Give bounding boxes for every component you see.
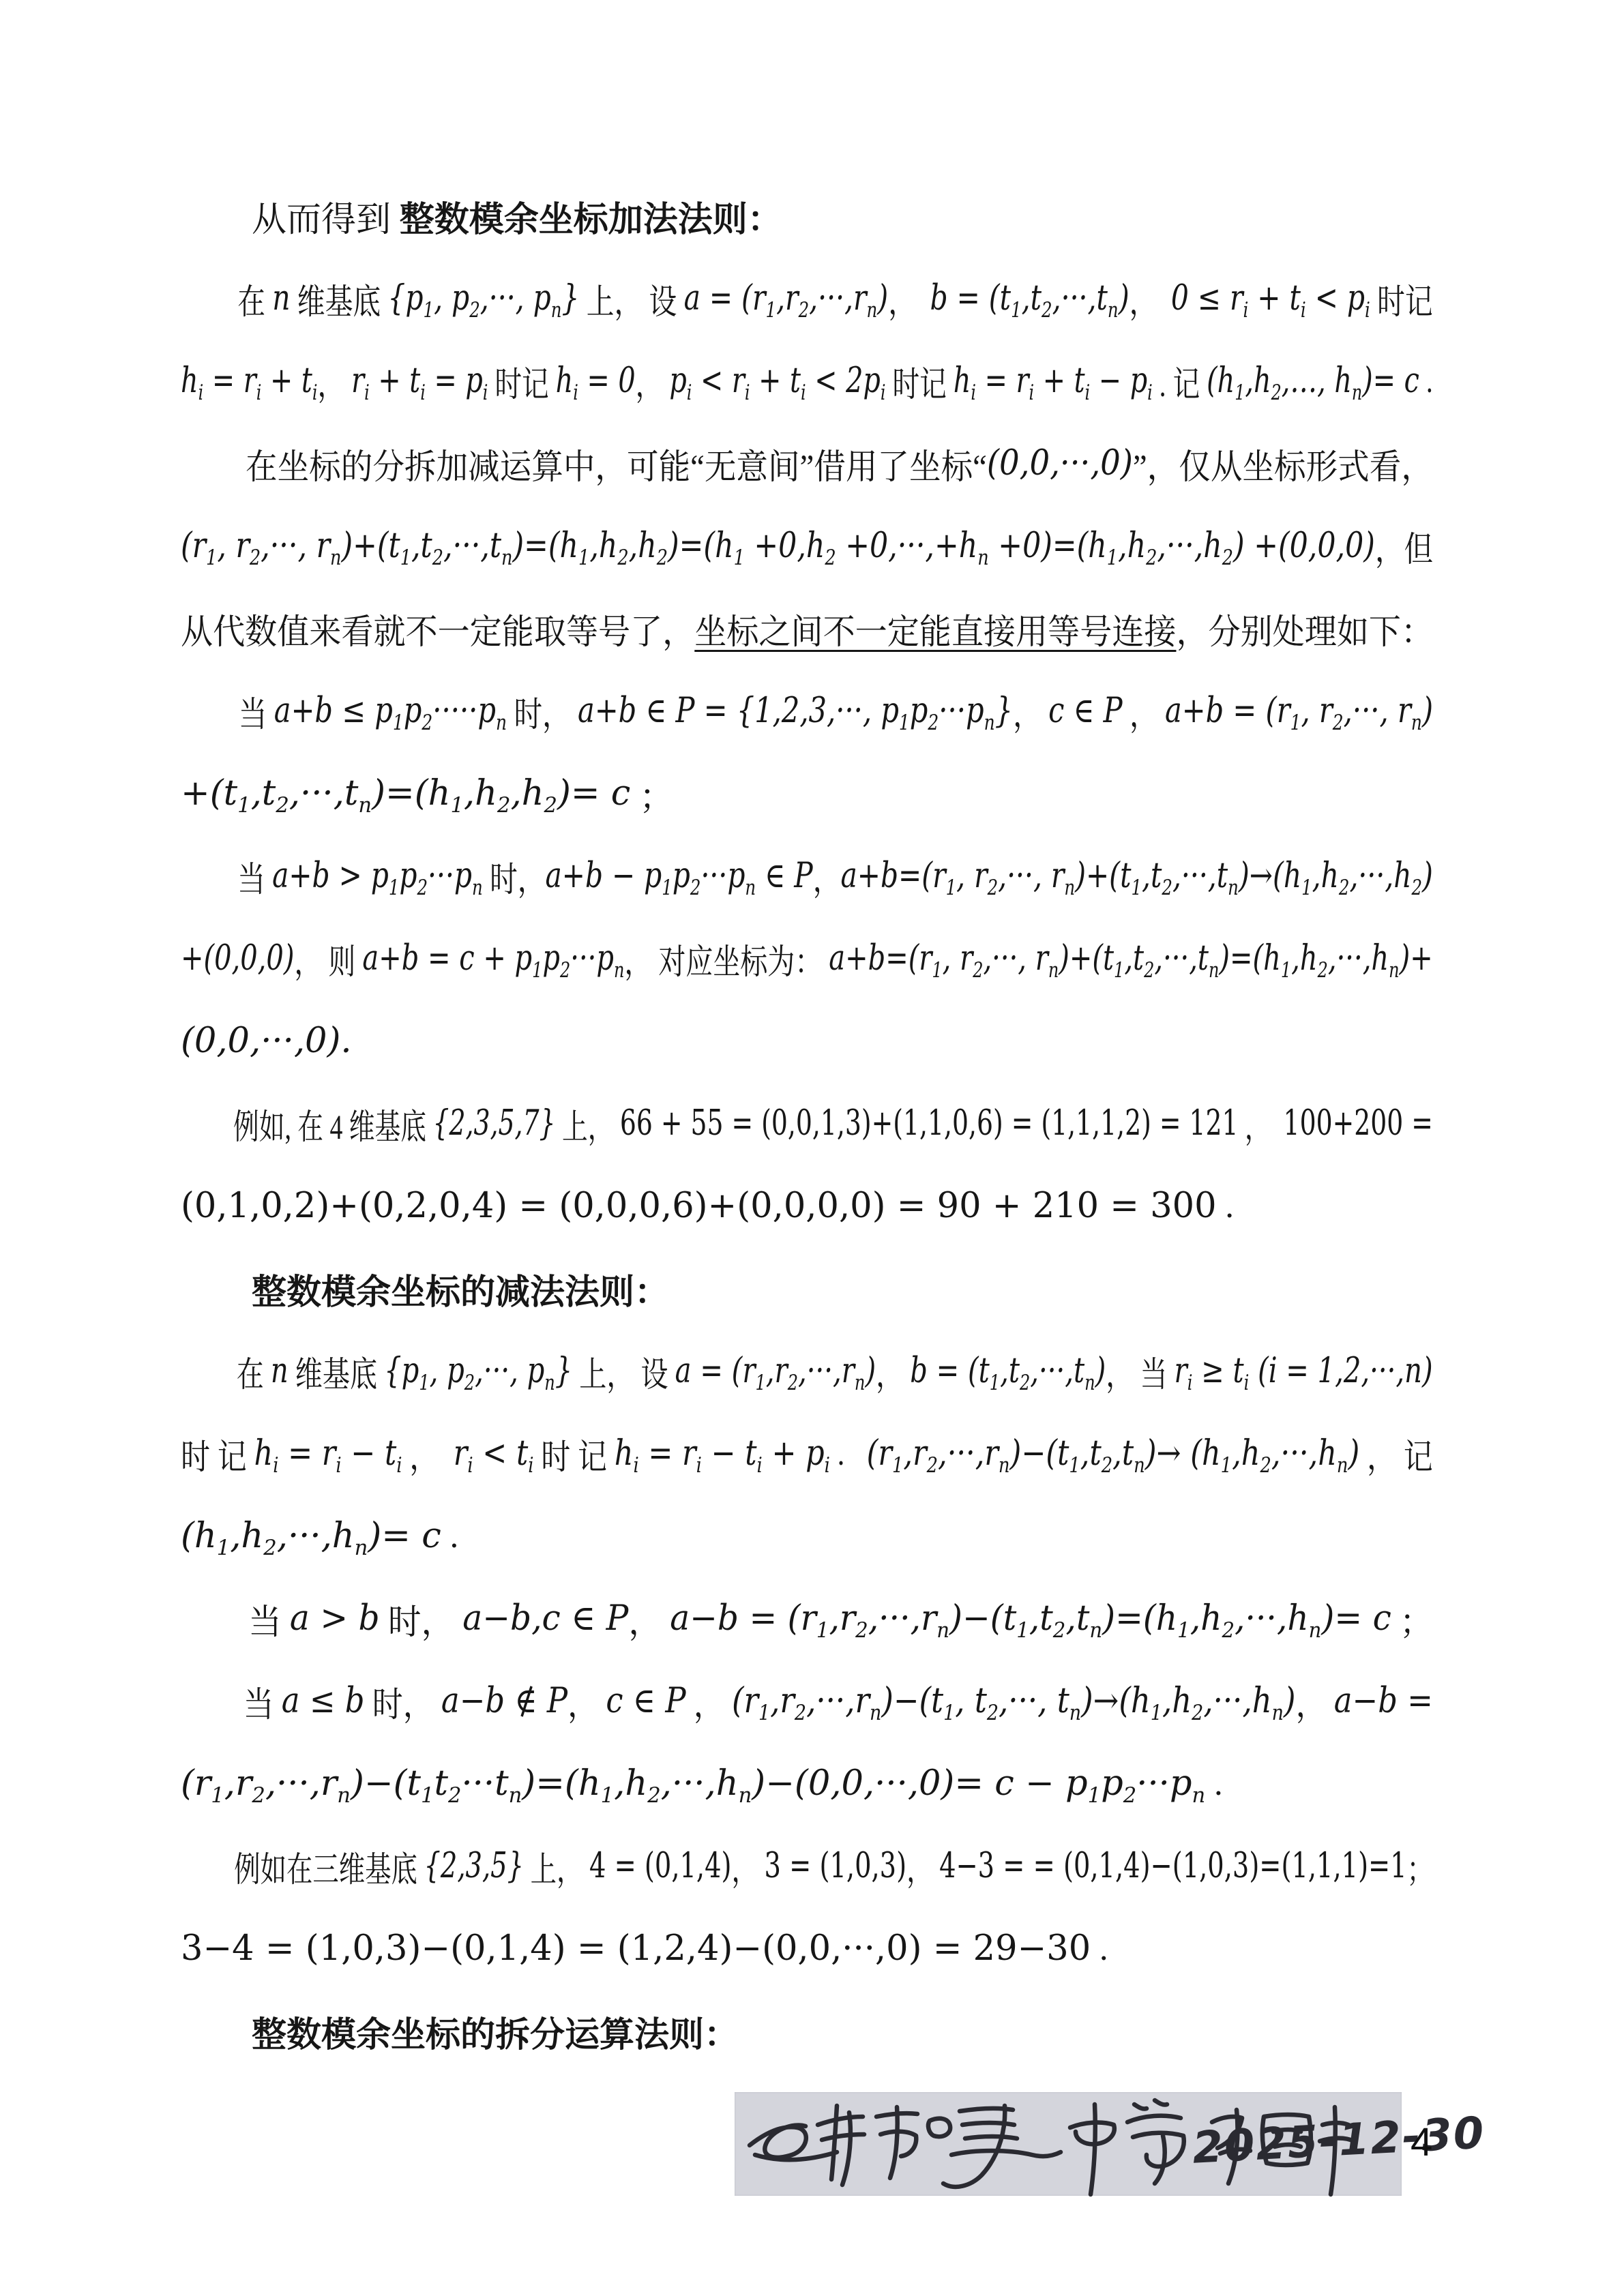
formula-text: hi = ri + ti − pi — [954, 361, 1153, 401]
formula-text: a ≤ b — [282, 1681, 365, 1721]
text-line: (r1,r2,···,rn)−(t1t2···tn)=(h1,h2,···,hn… — [181, 1742, 1433, 1825]
body-text: . — [1419, 361, 1433, 401]
formula-text: 0 ≤ ri + ti < pi — [1171, 278, 1370, 318]
body-text: ， 对应坐标为： — [624, 934, 829, 984]
text-line: (0,1,0,2)+(0,2,0,4) = (0,0,0,6)+(0,0,0,0… — [181, 1165, 1433, 1247]
body-text: ， — [906, 1841, 939, 1892]
body-text: ， — [317, 356, 351, 406]
signature-scribble-icon: 2025-12-30 — [735, 2092, 1402, 2196]
body-text: ， 当 — [1106, 1346, 1174, 1397]
text-line: 在 n 维基底 {p1, p2,···, pn} 上， 设 a = (r1,r2… — [181, 1330, 1166, 1412]
formula-text: a = (r1,r2,···,rn) — [675, 1351, 876, 1391]
body-text: 在 — [237, 1346, 271, 1397]
body-text: . — [1205, 1764, 1223, 1804]
formula-text: ri ≥ ti (i = 1,2,···,n) — [1175, 1351, 1433, 1391]
formula-text: a = (r1,r2,···,rn) — [684, 278, 889, 318]
body-text: 上， 设 — [580, 273, 684, 324]
body-text: 当 — [243, 1676, 282, 1727]
formula-text: {2,3,5} — [424, 1846, 524, 1886]
text-line: 例如, 在 4 维基底 {2,3,5,7} 上， 66 + 55 = (0,0,… — [181, 1082, 1108, 1165]
numeric-formula-text: 100+200 = — [1284, 1103, 1433, 1144]
body-text: 例如在三维基底 — [234, 1841, 424, 1892]
formula-text: hi = ri − ti — [254, 1433, 402, 1474]
body-text: ； — [1391, 1594, 1433, 1644]
body-text: ，分别处理如下： — [1176, 603, 1433, 654]
text-line: 整数模余坐标的拆分运算法则： — [181, 1990, 1433, 2072]
formula-text: a+b ∈ P = {1,2,3,···, p1p2···pn} — [578, 691, 1013, 731]
text-line: +(t1,t2,···,tn)=(h1,h2,h2)= c ； — [181, 752, 1433, 835]
text-line: 从代数值来看就不一定能取等号了，坐标之间不一定能直接用等号连接，分别处理如下： — [181, 587, 1337, 670]
formula-text: a+b ≤ p1p2·····pn — [274, 691, 507, 731]
formula-text: n — [271, 1351, 289, 1391]
formula-text: c ∈ P — [1048, 691, 1122, 731]
body-text: 时记 — [488, 356, 555, 406]
numeric-formula-text: (0,1,0,2)+(0,2,0,4) = (0,0,0,6)+(0,0,0,0… — [181, 1186, 1217, 1226]
formula-text: hi = ri − ti + pi — [615, 1433, 830, 1474]
body-text: ， — [888, 273, 930, 324]
formula-text: (0,0,···,0) — [987, 443, 1133, 483]
body-text: 时， — [483, 851, 546, 901]
body-text: ”，仅从坐标形式看， — [1133, 438, 1433, 489]
body-text: ， 记 — [1359, 1429, 1432, 1479]
body-text: ， — [876, 1346, 910, 1397]
body-text: . — [1091, 1929, 1108, 1969]
text-line: 整数模余坐标的减法法则： — [181, 1247, 1433, 1330]
numeric-formula-text: 4 = (0,1,4) — [589, 1846, 732, 1886]
underlined-text: 坐标之间不一定能直接用等号连接 — [694, 603, 1176, 654]
text-line: +(0,0,0)， 则 a+b = c + p1p2···pn， 对应坐标为： … — [181, 917, 1162, 1000]
text-line: 在 n 维基底 {p1, p2,···, pn} 上， 设 a = (r1,r2… — [181, 257, 1183, 340]
body-text: 时， — [507, 686, 578, 736]
formula-text: a−b = — [1334, 1681, 1433, 1721]
document-body: 从而得到 整数模余坐标加法法则：在 n 维基底 {p1, p2,···, pn}… — [181, 175, 1433, 2072]
text-line: (0,0,···,0). — [181, 1000, 1433, 1082]
formula-text: a+b = c + p1p2···pn — [362, 938, 624, 979]
numeric-formula-text: 3 = (1,0,3) — [765, 1846, 907, 1886]
formula-text: a+b = (r1, r2,···, rn) — [1165, 691, 1433, 731]
body-text: 上， — [524, 1841, 589, 1892]
text-line: (h1,h2,···,hn)= c . — [181, 1495, 1433, 1577]
document-page: 从而得到 整数模余坐标加法法则：在 n 维基底 {p1, p2,···, pn}… — [0, 0, 1624, 2296]
formula-text: a−b = (r1,r2,···,rn)−(t1,t2,tn)=(h1,h2,·… — [670, 1598, 1391, 1639]
body-text: 时， — [365, 1676, 441, 1727]
formula-text: a+b > p1p2···pn — [272, 856, 483, 896]
body-text: . — [1217, 1187, 1235, 1226]
body-text: 维基底 — [291, 273, 388, 324]
formula-text: +(t1,t2,···,tn)=(h1,h2,h2)= c — [181, 773, 630, 814]
body-text: ， — [813, 851, 841, 901]
body-text: ， — [402, 1429, 454, 1479]
body-text: 上， 设 — [572, 1346, 675, 1397]
body-text: 时 记 — [533, 1429, 614, 1479]
formula-text: {2,3,5,7} — [432, 1103, 555, 1144]
body-text: ， — [1123, 686, 1165, 736]
formula-text: {p1, p2,···, pn} — [384, 1351, 572, 1391]
formula-text: c ∈ P — [606, 1681, 685, 1721]
body-text: ， 则 — [294, 934, 362, 984]
body-text: 维基底 — [289, 1346, 384, 1397]
page-number: 4 — [1411, 2119, 1432, 2165]
formula-text: a > b — [290, 1598, 380, 1639]
body-text: ， — [732, 1841, 765, 1892]
heading-text: 整数模余坐标加法法则： — [400, 191, 782, 241]
body-text: 当 — [248, 1594, 290, 1644]
body-text: 时记 — [885, 356, 953, 406]
text-line: 在坐标的分拆加减运算中，可能“无意间”借用了坐标“(0,0,···,0)”，仅从… — [181, 422, 1325, 505]
formula-text: (h1,h2,···,hn)= c — [181, 1516, 441, 1556]
body-text: 从而得到 — [252, 191, 400, 241]
text-line: (r1, r2,···, rn)+(t1,t2,···,tn)=(h1,h2,h… — [181, 505, 1228, 587]
formula-text: ri + ti = pi — [351, 361, 488, 401]
formula-text: (r1, r2,···, rn)+(t1,t2,···,tn)=(h1,h2,h… — [181, 526, 1375, 566]
numeric-formula-text: 3−4 = (1,0,3)−(0,1,4) = (1,2,4)−(0,0,···… — [181, 1928, 1091, 1969]
text-line: 时 记 hi = ri − ti ， ri < ti 时 记 hi = ri −… — [181, 1412, 1237, 1495]
body-text: 从代数值来看就不一定能取等号了， — [181, 603, 694, 654]
formula-text: a−b ∉ P — [441, 1681, 567, 1721]
body-text: ， — [686, 1676, 732, 1727]
body-text: 当 — [239, 686, 274, 736]
text-line: 当 a > b 时， a−b,c ∈ P， a−b = (r1,r2,···,r… — [181, 1577, 1374, 1660]
body-text: 时 记 — [181, 1429, 254, 1479]
handwritten-signature: 2025-12-30 — [735, 2092, 1402, 2196]
numeric-formula-text: 4−3 = = (0,1,4)−(1,0,3)=(1,1,1)=1 — [939, 1846, 1407, 1886]
formula-text: (r1,r2,···,rn)−(t1, t2,···, tn)→(h1,h2,·… — [732, 1681, 1296, 1721]
formula-text: (h1,h2,…, hn)= c — [1207, 361, 1419, 401]
text-line: 当 a+b ≤ p1p2·····pn 时， a+b ∈ P = {1,2,3,… — [181, 670, 1202, 752]
body-text: 在 — [237, 273, 272, 324]
formula-text: hi = ri + ti — [181, 361, 317, 401]
formula-text: n — [272, 278, 290, 318]
formula-text: (r1,r2,···,rn)−(t1,t2,tn)→ (h1,h2,···,hn… — [867, 1433, 1360, 1474]
body-text: ； — [1407, 1841, 1433, 1892]
body-text: ， — [628, 1594, 670, 1644]
formula-text: (0,0,···,0). — [181, 1021, 352, 1061]
formula-text: b = (t1,t2,···,tn) — [930, 278, 1129, 318]
text-line: 当 a ≤ b 时， a−b ∉ P， c ∈ P ， (r1,r2,···,r… — [181, 1660, 1284, 1742]
formula-text: pi < ri + ti < 2pi — [669, 361, 885, 401]
body-text: . 记 — [1153, 356, 1207, 406]
formula-text: +(0,0,0) — [181, 938, 294, 979]
formula-text: ri < ti — [454, 1433, 534, 1474]
body-text: ， — [636, 356, 670, 406]
body-text: ， — [1013, 686, 1048, 736]
body-text: 时记 — [1370, 273, 1433, 324]
body-text: ， — [567, 1676, 606, 1727]
formula-text: b = (t1,t2,···,tn) — [910, 1351, 1106, 1391]
body-text: ，但 — [1375, 521, 1433, 571]
body-text: 当 — [237, 851, 272, 901]
formula-text: a+b=(r1, r2,···, rn)+(t1,t2,···,tn)=(h1,… — [829, 938, 1432, 979]
body-text: 上， — [556, 1099, 620, 1149]
body-text: ， — [1130, 273, 1171, 324]
heading-text: 整数模余坐标的减法法则： — [252, 1264, 669, 1314]
text-line: 例如在三维基底 {2,3,5} 上， 4 = (0,1,4)， 3 = (1,0… — [181, 1825, 1123, 1907]
body-text: 时， — [380, 1594, 463, 1644]
formula-text: hi = 0 — [556, 361, 636, 401]
body-text: ； — [630, 769, 674, 819]
formula-text: (r1,r2,···,rn)−(t1t2···tn)=(h1,h2,···,hn… — [181, 1763, 1205, 1804]
body-text: . — [830, 1434, 867, 1474]
formula-text: a+b − p1p2···pn ∈ P — [546, 856, 813, 896]
text-line: 当 a+b > p1p2···pn 时，a+b − p1p2···pn ∈ P，… — [181, 835, 1182, 917]
body-text: 例如, 在 4 维基底 — [233, 1099, 432, 1149]
body-text: 在坐标的分拆加减运算中，可能“无意间”借用了坐标“ — [246, 438, 987, 489]
heading-text: 整数模余坐标的拆分运算法则： — [252, 2006, 739, 2057]
text-line: 从而得到 整数模余坐标加法法则： — [181, 175, 1433, 257]
numeric-formula-text: 66 + 55 = (0,0,1,3)+(1,1,0,6) = (1,1,1,2… — [620, 1103, 1239, 1144]
text-line: 3−4 = (1,0,3)−(0,1,4) = (1,2,4)−(0,0,···… — [181, 1907, 1433, 1990]
formula-text: a+b=(r1, r2,···, rn)+(t1,t2,···,tn)→(h1,… — [840, 856, 1432, 896]
formula-text: a−b,c ∈ P — [462, 1598, 628, 1639]
text-line: hi = ri + ti， ri + ti = pi 时记 hi = 0， pi… — [181, 340, 1156, 422]
body-text: ， — [1296, 1676, 1334, 1727]
body-text: . — [441, 1517, 459, 1556]
body-text: ， — [1238, 1099, 1283, 1149]
formula-text: {p1, p2,···, pn} — [387, 278, 579, 318]
